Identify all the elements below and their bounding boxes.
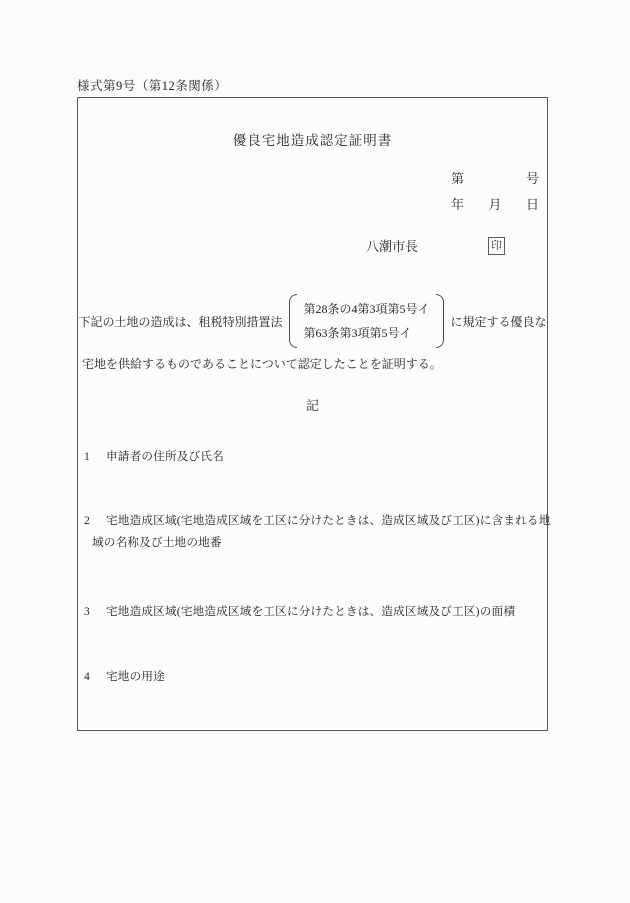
page-title: 優良宅地造成認定証明書: [78, 129, 547, 149]
body-text-before-bracket: 下記の土地の造成は、租税特別措置法: [78, 313, 282, 330]
left-bracket: [289, 294, 297, 348]
law-clause-option-1: 第28条の4第3項第5号イ: [303, 297, 429, 321]
document-number-line: 第 号: [451, 168, 539, 187]
list-item-4: 4宅地の用途: [84, 666, 545, 688]
item-3-line1: 宅地造成区域(宅地造成区域を工区に分けたときは、造成区域及び工区)の面積: [106, 605, 515, 618]
date-month-label: 月: [488, 194, 501, 213]
list-item-2: 2宅地造成区域(宅地造成区域を工区に分けたときは、造成区域及び工区)に含まれる地…: [84, 510, 545, 554]
date-day-label: 日: [526, 194, 539, 213]
item-2-line1: 宅地造成区域(宅地造成区域を工区に分けたときは、造成区域及び工区)に含まれる地: [106, 514, 551, 527]
right-bracket: [436, 294, 444, 348]
item-1-number: 1: [84, 446, 106, 468]
record-marker: 記: [78, 395, 547, 414]
issuer-name: 八潮市長: [366, 236, 418, 255]
list-item-3: 3宅地造成区域(宅地造成区域を工区に分けたときは、造成区域及び工区)の面積: [84, 601, 545, 623]
item-2-number: 2: [84, 510, 106, 532]
item-2-line2: 域の名称及び土地の地番: [84, 532, 545, 554]
law-clause-lines: 第28条の4第3項第5号イ 第63条第3項第5号イ: [303, 297, 429, 345]
certificate-frame: 優良宅地造成認定証明書 第 号 年 月 日 八潮市長 印 下記の土地の造成は、租…: [77, 97, 548, 731]
item-2-text: 2宅地造成区域(宅地造成区域を工区に分けたときは、造成区域及び工区)に含まれる地: [84, 510, 545, 532]
item-4-line1: 宅地の用途: [106, 670, 165, 683]
law-clause-option-2: 第63条第3項第5号イ: [303, 321, 429, 345]
list-item-1: 1申請者の住所及び氏名: [84, 446, 545, 468]
number-prefix: 第: [451, 168, 464, 187]
item-3-text: 3宅地造成区域(宅地造成区域を工区に分けたときは、造成区域及び工区)の面積: [84, 601, 545, 623]
date-year-label: 年: [451, 194, 464, 213]
form-style-label: 様式第9号（第12条関係）: [77, 76, 227, 94]
item-4-number: 4: [84, 666, 106, 688]
issuer-line: 八潮市長 印: [366, 236, 505, 255]
item-1-line1: 申請者の住所及び氏名: [106, 450, 224, 463]
date-line: 年 月 日: [451, 194, 539, 213]
item-4-text: 4宅地の用途: [84, 666, 545, 688]
seal-stamp-box: 印: [488, 237, 505, 255]
item-3-number: 3: [84, 601, 106, 623]
item-1-text: 1申請者の住所及び氏名: [84, 446, 545, 468]
body-text-after-bracket: に規定する優良な: [451, 313, 547, 330]
body-paragraph-line2: 宅地を供給するものであることについて認定したことを証明する。: [82, 355, 442, 372]
body-paragraph-line1: 下記の土地の造成は、租税特別措置法 第28条の4第3項第5号イ 第63条第3項第…: [78, 294, 547, 348]
number-suffix: 号: [526, 168, 539, 187]
